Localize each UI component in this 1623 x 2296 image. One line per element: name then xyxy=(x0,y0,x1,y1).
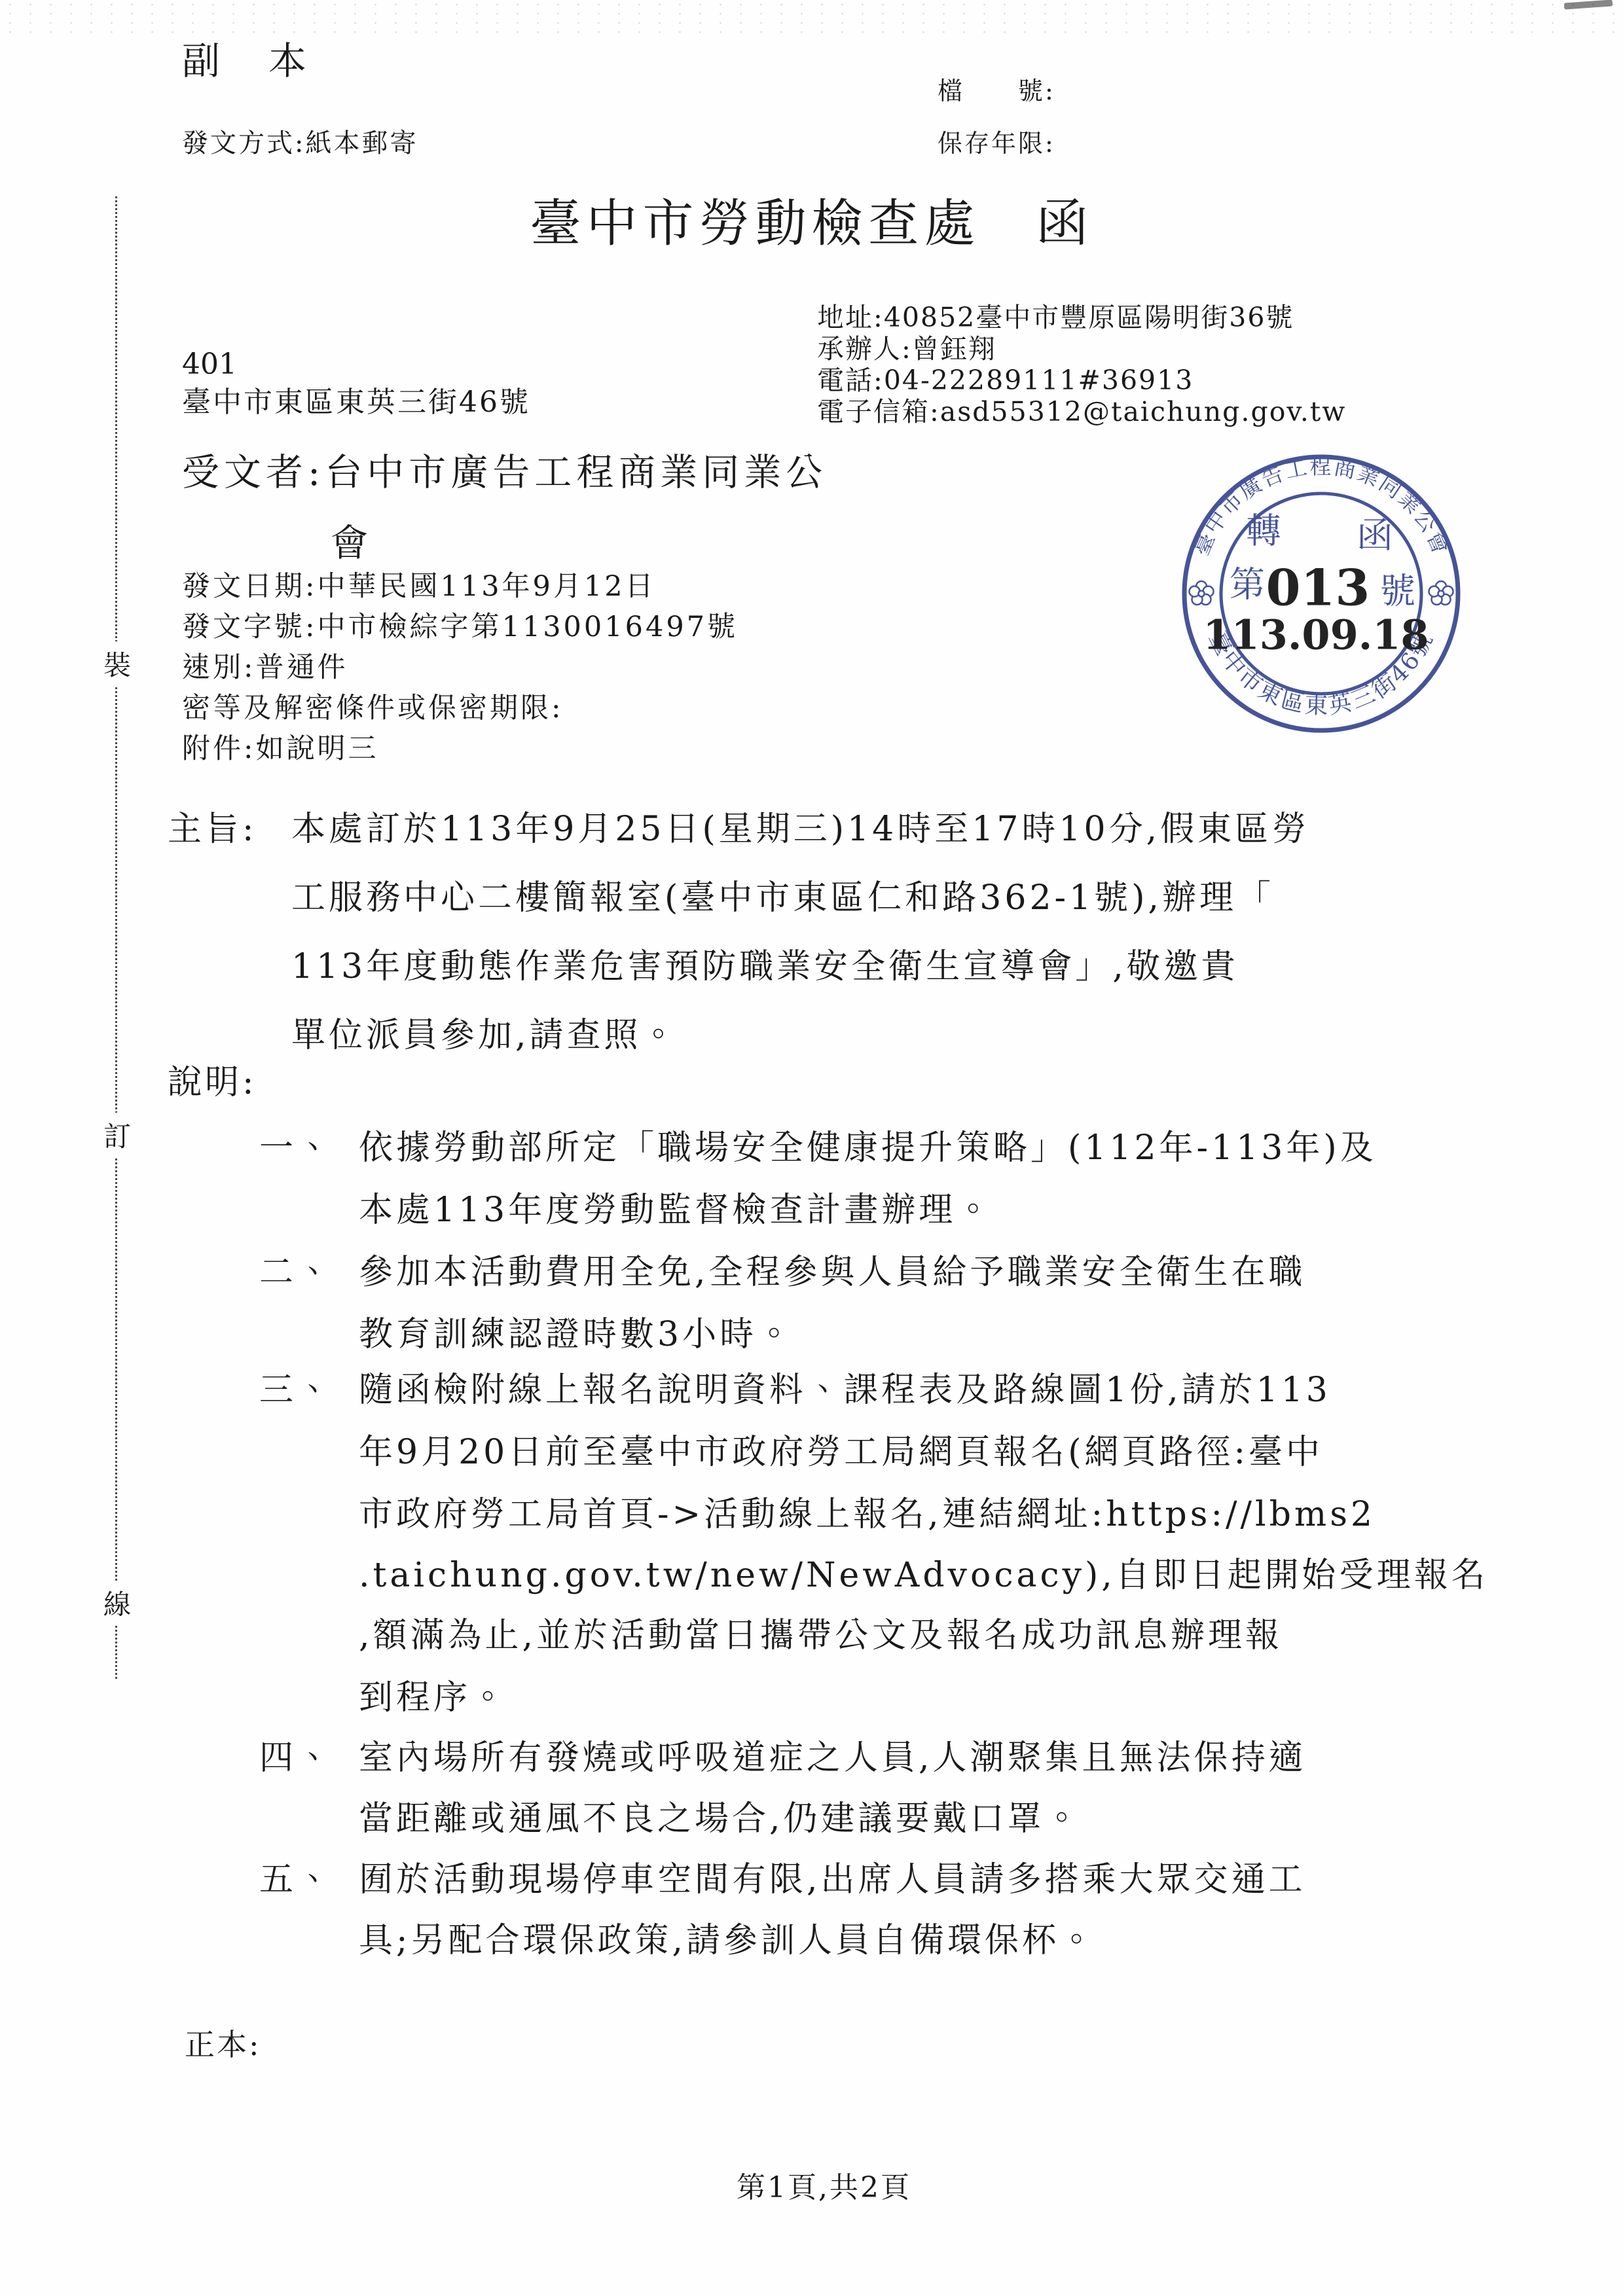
subject-line: 本處訂於113年9月25日(星期三)14時至17時10分,假東區勞 xyxy=(291,810,1309,850)
binding-mark-xian: 線 xyxy=(102,1581,132,1625)
stamp-di-char: 第 xyxy=(1230,564,1265,605)
binding-dotted-line xyxy=(115,196,117,1679)
subject-line: 單位派員參加,請查照。 xyxy=(291,1016,679,1056)
file-number-label: 檔 號: xyxy=(938,77,1055,106)
security-class: 密等及解密條件或保密期限: xyxy=(182,692,564,725)
recipient-street: 臺中市東區東英三街46號 xyxy=(182,386,530,420)
item-line: 依據勞動部所定「職場安全健康提升策略」(112年-113年)及 xyxy=(359,1129,1377,1168)
scan-noise-band xyxy=(0,0,1623,41)
subject-line: 113年度動態作業危害預防職業安全衛生宣導會」,敬邀貴 xyxy=(291,948,1239,987)
item-number: 三、 xyxy=(259,1371,334,1410)
item-line: 具;另配合環保政策,請參訓人員自備環保杯。 xyxy=(359,1922,1097,1961)
binding-mark-zhuang: 裝 xyxy=(102,641,132,686)
item-line: 到程序。 xyxy=(359,1679,508,1718)
binding-mark-ding: 訂 xyxy=(102,1113,132,1157)
recipient-name-line2: 會 xyxy=(331,522,368,565)
issue-date: 發文日期:中華民國113年9月12日 xyxy=(182,571,656,603)
item-line: 本處113年度勞動監督檢查計畫辦理。 xyxy=(359,1191,993,1230)
stamp-received-date: 113.09.18 xyxy=(1203,611,1429,659)
sender-address: 地址:40852臺中市豐原區陽明街36號 xyxy=(817,302,1294,333)
item-line: 市政府勞工局首頁->活動線上報名,連結網址:https://lbms2 xyxy=(359,1496,1376,1535)
scanned-official-letter-page: 裝 訂 線 副 本 發文方式:紙本郵寄 檔 號: 保存年限: 臺中市勞動檢查處 … xyxy=(0,0,1623,2296)
subject-label: 主旨: xyxy=(168,810,257,850)
recipient-zip: 401 xyxy=(182,348,237,382)
item-line: 參加本活動費用全免,全程參與人員給予職業安全衛生在職 xyxy=(359,1253,1306,1293)
item-line: 室內場所有發燒或呼吸道症之人員,人潮聚集且無法保持適 xyxy=(359,1739,1306,1778)
item-line: .taichung.gov.tw/new/NewAdvocacy),自即日起開始… xyxy=(359,1556,1489,1596)
item-line: 當距離或通風不良之場合,仍建議要戴口罩。 xyxy=(359,1800,1082,1839)
stamp-serial-number: 013 xyxy=(1266,559,1370,617)
recipient-name-line1: 受文者:台中市廣告工程商業同業公 xyxy=(182,452,828,495)
subject-line: 工服務中心二樓簡報室(臺中市東區仁和路362-1號),辦理「 xyxy=(291,879,1274,918)
item-number: 一、 xyxy=(259,1129,334,1168)
page-footer: 第1頁,共2頁 xyxy=(737,2172,911,2205)
item-number: 四、 xyxy=(259,1739,334,1778)
original-copy-label: 正本: xyxy=(185,2028,261,2062)
page-title: 臺中市勞動檢查處 函 xyxy=(530,195,1093,254)
stamp-flower-right-icon xyxy=(1429,581,1453,605)
sender-email: 電子信箱:asd55312@taichung.gov.tw xyxy=(817,397,1346,427)
item-number: 五、 xyxy=(259,1861,334,1900)
copy-type-label: 副 本 xyxy=(182,39,312,83)
document-number: 發文字號:中市檢綜字第1130016497號 xyxy=(182,611,738,643)
explanation-label: 說明: xyxy=(168,1064,257,1103)
stamp-hao-char: 號 xyxy=(1380,571,1415,612)
attachment-note: 附件:如說明三 xyxy=(182,733,379,765)
stamp-han-char: 函 xyxy=(1357,515,1393,556)
item-line: 囿於活動現場停車空間有限,出席人員請多搭乘大眾交通工 xyxy=(359,1861,1306,1900)
stamp-ring-top-text: 臺中市廣告工程商業同業公會 xyxy=(1188,454,1454,559)
item-number: 二、 xyxy=(259,1253,334,1293)
association-stamp: 臺中市廣告工程商業同業公會 臺中市東區東英三街46號 轉 函 第 號 013 1… xyxy=(1176,450,1467,741)
item-line: 隨函檢附線上報名說明資料、課程表及路線圖1份,請於113 xyxy=(359,1371,1331,1410)
item-line: ,額滿為止,並於活動當日攜帶公文及報名成功訊息辦理報 xyxy=(359,1617,1283,1656)
item-line: 教育訓練認證時數3小時。 xyxy=(359,1316,794,1355)
send-method-label: 發文方式:紙本郵寄 xyxy=(182,128,418,158)
item-line: 年9月20日前至臺中市政府勞工局網頁報名(網頁路徑:臺中 xyxy=(359,1433,1323,1473)
sender-phone: 電話:04-22289111#36913 xyxy=(817,365,1194,396)
retention-period-label: 保存年限: xyxy=(938,130,1055,158)
stamp-flower-left-icon xyxy=(1190,581,1214,605)
speed-class: 速別:普通件 xyxy=(182,652,348,684)
sender-contact-person: 承辦人:曾鈺翔 xyxy=(817,334,996,365)
stamp-zhuan-char: 轉 xyxy=(1246,511,1281,552)
svg-text:臺中市廣告工程商業同業公會: 臺中市廣告工程商業同業公會 xyxy=(1188,454,1454,559)
